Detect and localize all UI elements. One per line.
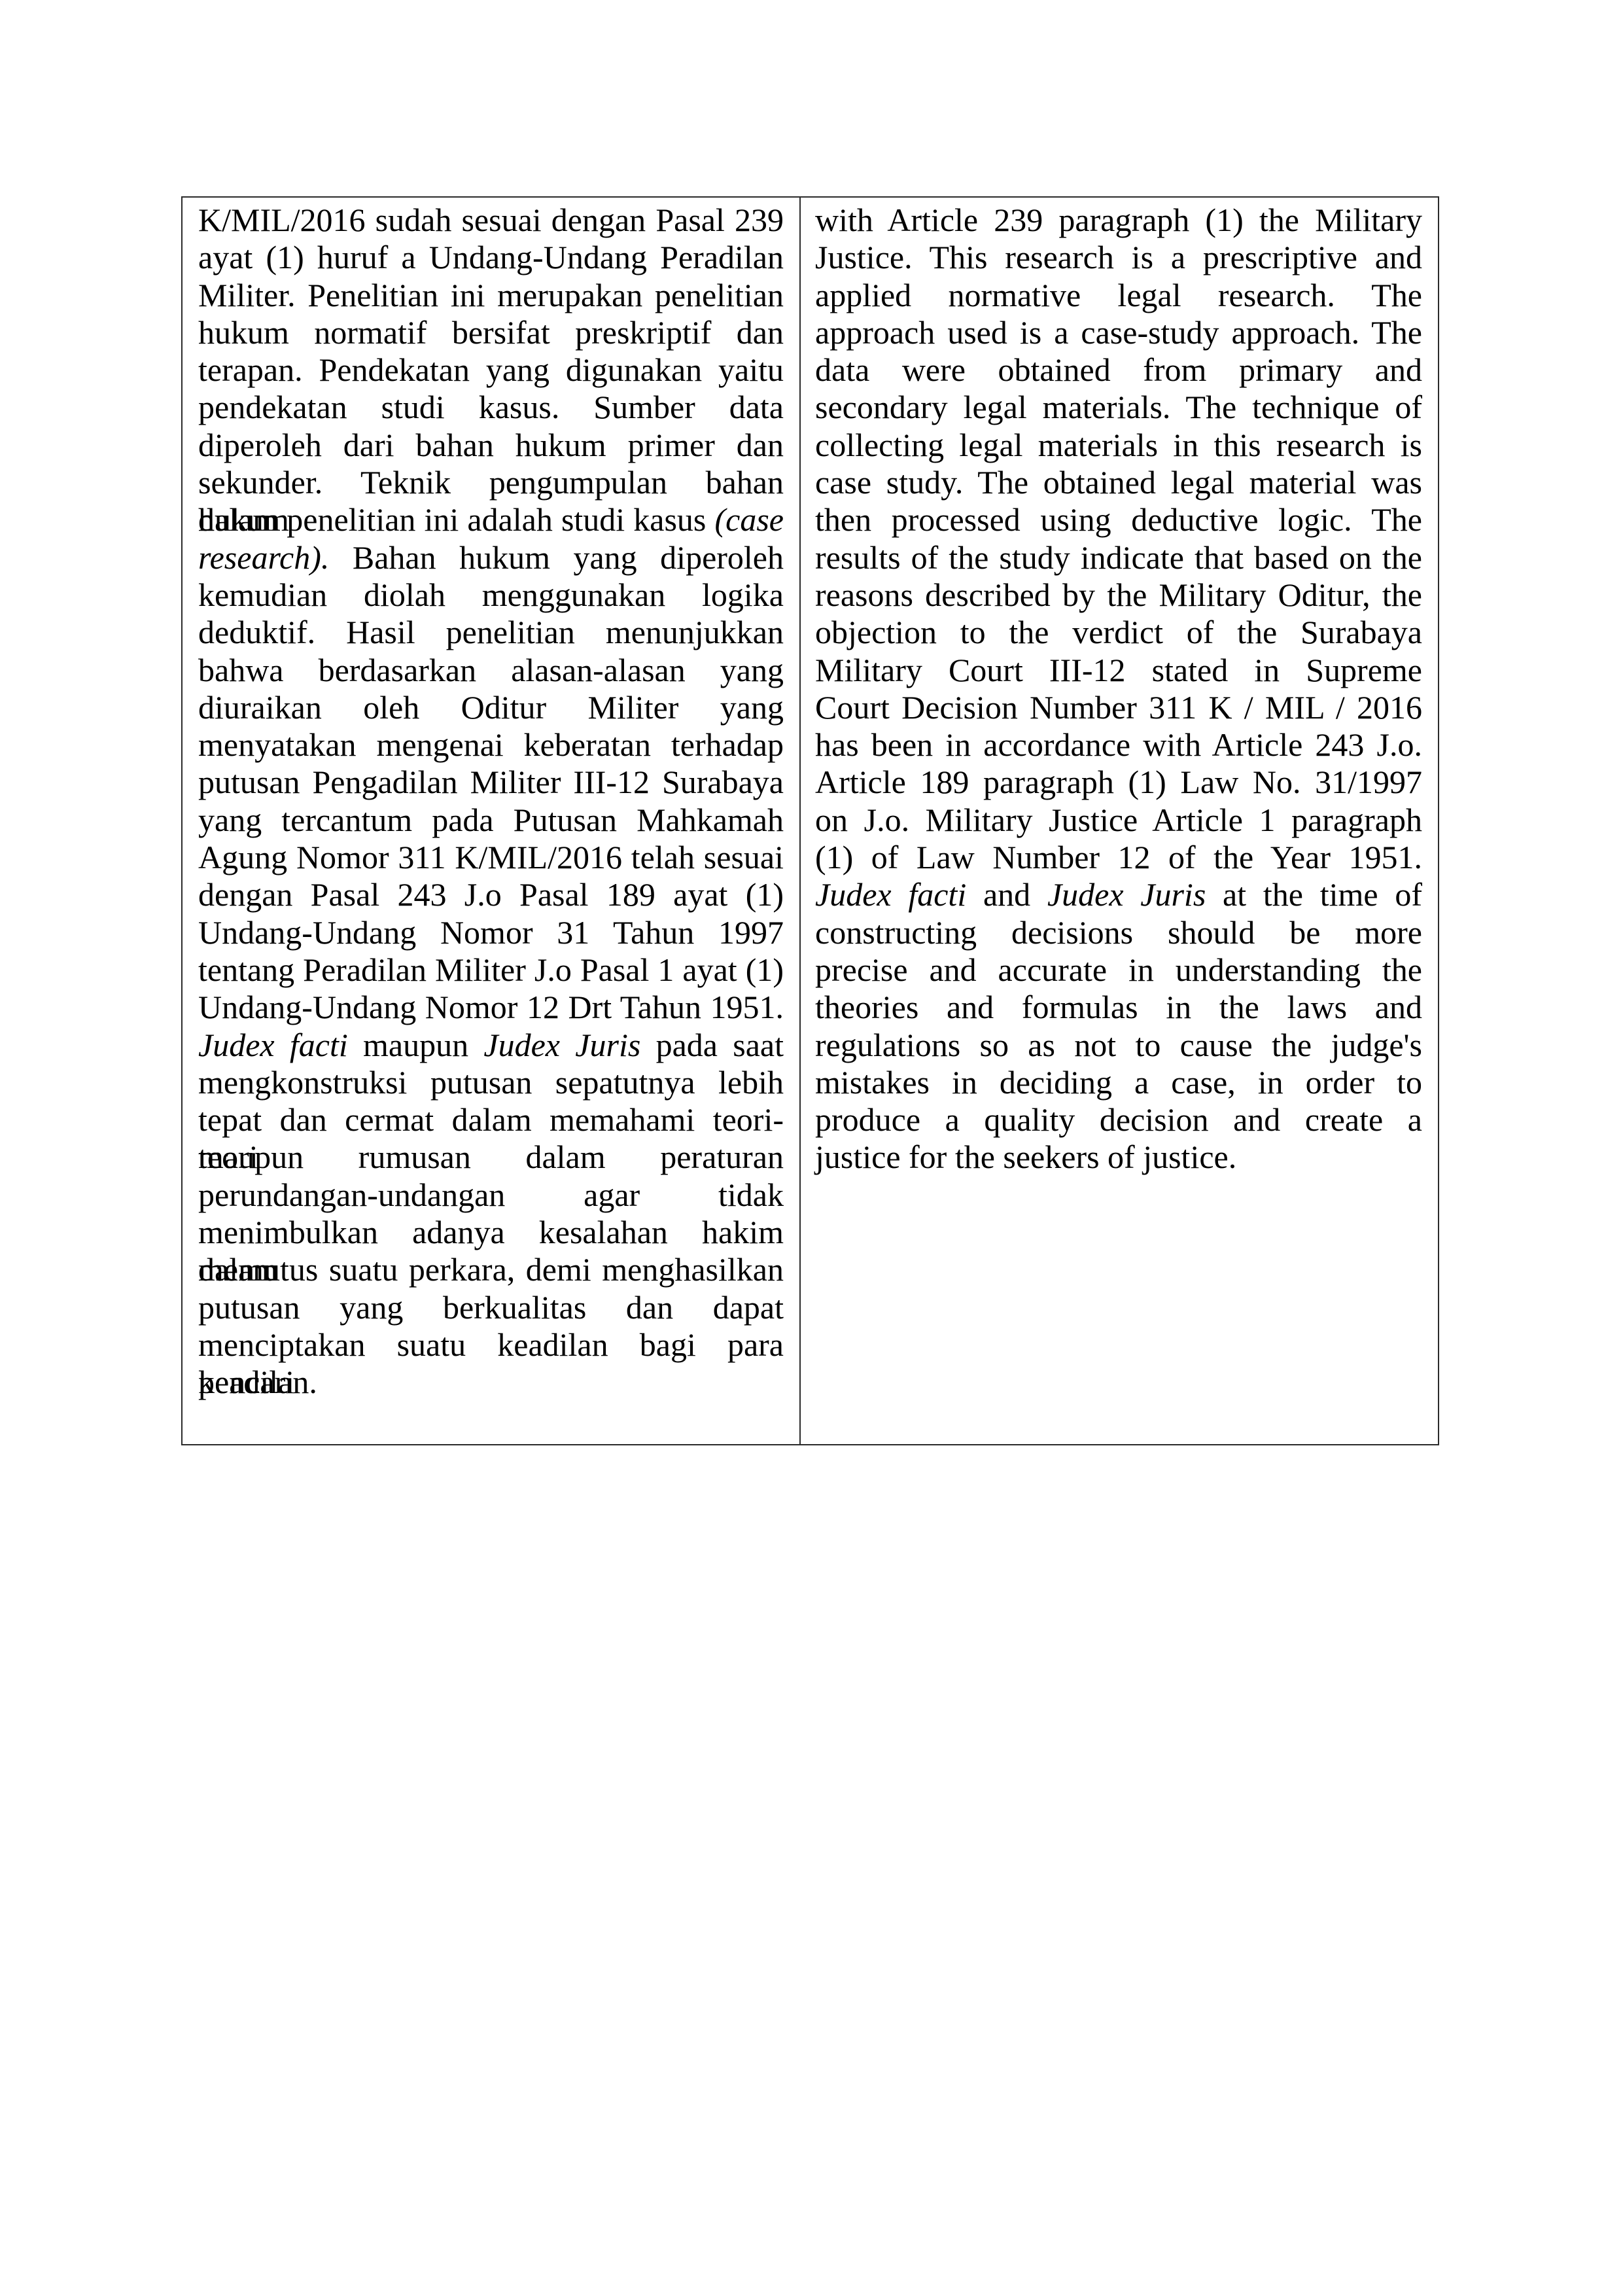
abstract-indonesian-cell: K/MIL/2016 sudah sesuai dengan Pasal 239… bbox=[183, 198, 801, 1444]
text-line: terapan. Pendekatan yang digunakan yaitu bbox=[198, 351, 784, 389]
text-run: perundangan-undangan agar tidak bbox=[198, 1176, 784, 1213]
text-line: Militer. Penelitian ini merupakan peneli… bbox=[198, 277, 784, 314]
text-run: Justice. This research is a prescriptive… bbox=[815, 239, 1422, 275]
text-run: Military Court III-12 stated in Supreme bbox=[815, 652, 1422, 688]
text-line: Undang-Undang Nomor 12 Drt Tahun 1951. bbox=[198, 989, 784, 1026]
text-line: diuraikan oleh Oditur Militer yang bbox=[198, 689, 784, 726]
text-run: menyatakan mengenai keberatan terhadap bbox=[198, 726, 784, 763]
text-run: approach used is a case-study approach. … bbox=[815, 314, 1422, 351]
text-run: regulations so as not to cause the judge… bbox=[815, 1027, 1422, 1063]
text-line: objection to the verdict of the Surabaya bbox=[815, 614, 1422, 651]
text-line: pendekatan studi kasus. Sumber data bbox=[198, 389, 784, 426]
text-line: regulations so as not to cause the judge… bbox=[815, 1027, 1422, 1064]
text-run: has been in accordance with Article 243 … bbox=[815, 726, 1422, 763]
text-line: hukum normatif bersifat preskriptif dan bbox=[198, 314, 784, 351]
text-run: results of the study indicate that based… bbox=[815, 539, 1422, 576]
text-run: tentang Peradilan Militer J.o Pasal 1 ay… bbox=[198, 951, 784, 988]
text-run: deduktif. Hasil penelitian menunjukkan bbox=[198, 614, 784, 650]
text-run: dalam penelitian ini adalah studi kasus bbox=[198, 501, 715, 538]
text-line: diperoleh dari bahan hukum primer dan bbox=[198, 427, 784, 464]
text-run: then processed using deductive logic. Th… bbox=[815, 501, 1422, 538]
text-run: mistakes in deciding a case, in order to bbox=[815, 1064, 1422, 1101]
italic-term: Judex facti bbox=[198, 1027, 348, 1063]
text-line: Judex facti and Judex Juris at the time … bbox=[815, 876, 1422, 913]
text-run: Court Decision Number 311 K / MIL / 2016 bbox=[815, 689, 1422, 726]
text-line: putusan Pengadilan Militer III-12 Suraba… bbox=[198, 764, 784, 801]
text-line: secondary legal materials. The technique… bbox=[815, 389, 1422, 426]
text-line: Undang-Undang Nomor 31 Tahun 1997 bbox=[198, 914, 784, 951]
text-line: menciptakan suatu keadilan bagi para pen… bbox=[198, 1326, 784, 1364]
text-run: and bbox=[966, 876, 1047, 913]
text-run: Article 189 paragraph (1) Law No. 31/199… bbox=[815, 764, 1422, 800]
text-run: diuraikan oleh Oditur Militer yang bbox=[198, 689, 784, 726]
text-line: menyatakan mengenai keberatan terhadap bbox=[198, 726, 784, 764]
text-run: kemudian diolah menggunakan logika bbox=[198, 576, 784, 613]
text-run: produce a quality decision and create a bbox=[815, 1101, 1422, 1138]
text-line: perundangan-undangan agar tidak bbox=[198, 1176, 784, 1214]
text-line: on J.o. Military Justice Article 1 parag… bbox=[815, 802, 1422, 839]
text-run: maupun rumusan dalam peraturan bbox=[198, 1139, 784, 1175]
text-run: at the time of bbox=[1206, 876, 1422, 913]
text-line: has been in accordance with Article 243 … bbox=[815, 726, 1422, 764]
text-run: (1) of Law Number 12 of the Year 1951. bbox=[815, 839, 1422, 875]
text-line: theories and formulas in the laws and bbox=[815, 989, 1422, 1026]
text-run: memutus suatu perkara, demi menghasilkan bbox=[198, 1251, 784, 1288]
text-line: bahwa berdasarkan alasan-alasan yang bbox=[198, 652, 784, 689]
abstract-english-cell: with Article 239 paragraph (1) the Milit… bbox=[801, 198, 1438, 1444]
italic-term: (case bbox=[715, 501, 784, 538]
text-run: terapan. Pendekatan yang digunakan yaitu bbox=[198, 351, 784, 388]
text-line: justice for the seekers of justice. bbox=[815, 1139, 1422, 1176]
text-line: yang tercantum pada Putusan Mahkamah bbox=[198, 802, 784, 839]
text-line: deduktif. Hasil penelitian menunjukkan bbox=[198, 614, 784, 651]
abstract-table: K/MIL/2016 sudah sesuai dengan Pasal 239… bbox=[181, 196, 1439, 1445]
text-run: bahwa berdasarkan alasan-alasan yang bbox=[198, 652, 784, 688]
text-run: putusan yang berkualitas dan dapat bbox=[198, 1289, 784, 1326]
text-run: diperoleh dari bahan hukum primer dan bbox=[198, 427, 784, 463]
text-run: ayat (1) huruf a Undang-Undang Peradilan bbox=[198, 239, 784, 275]
text-run: case study. The obtained legal material … bbox=[815, 464, 1422, 501]
text-line: approach used is a case-study approach. … bbox=[815, 314, 1422, 351]
text-line: data were obtained from primary and bbox=[815, 351, 1422, 389]
text-line: tepat dan cermat dalam memahami teori-te… bbox=[198, 1101, 784, 1139]
text-line: then processed using deductive logic. Th… bbox=[815, 501, 1422, 539]
text-line: putusan yang berkualitas dan dapat bbox=[198, 1289, 784, 1326]
text-line: sekunder. Teknik pengumpulan bahan hukum bbox=[198, 464, 784, 501]
text-run: Bahan hukum yang diperoleh bbox=[329, 539, 784, 576]
text-line: kemudian diolah menggunakan logika bbox=[198, 576, 784, 614]
text-run: objection to the verdict of the Surabaya bbox=[815, 614, 1422, 650]
text-run: Undang-Undang Nomor 31 Tahun 1997 bbox=[198, 914, 784, 951]
text-run: data were obtained from primary and bbox=[815, 351, 1422, 388]
text-line: Judex facti maupun Judex Juris pada saat bbox=[198, 1027, 784, 1064]
italic-term: Judex Juris bbox=[1047, 876, 1206, 913]
text-run: putusan Pengadilan Militer III-12 Suraba… bbox=[198, 764, 784, 800]
text-line: mistakes in deciding a case, in order to bbox=[815, 1064, 1422, 1101]
text-run: mengkonstruksi putusan sepatutnya lebih bbox=[198, 1064, 784, 1101]
text-run: with Article 239 paragraph (1) the Milit… bbox=[815, 202, 1422, 238]
text-run: keadilan. bbox=[198, 1364, 317, 1400]
text-run: reasons described by the Military Oditur… bbox=[815, 576, 1422, 613]
text-run: yang tercantum pada Putusan Mahkamah bbox=[198, 802, 784, 838]
text-run: pada saat bbox=[640, 1027, 784, 1063]
text-run: constructing decisions should be more bbox=[815, 914, 1422, 951]
text-line: Agung Nomor 311 K/MIL/2016 telah sesuai bbox=[198, 839, 784, 876]
text-line: mengkonstruksi putusan sepatutnya lebih bbox=[198, 1064, 784, 1101]
text-line: keadilan. bbox=[198, 1364, 784, 1401]
text-run: pendekatan studi kasus. Sumber data bbox=[198, 389, 784, 425]
text-line: applied normative legal research. The bbox=[815, 277, 1422, 314]
text-line: reasons described by the Military Oditur… bbox=[815, 576, 1422, 614]
text-line: maupun rumusan dalam peraturan bbox=[198, 1139, 784, 1176]
text-line: K/MIL/2016 sudah sesuai dengan Pasal 239 bbox=[198, 202, 784, 239]
text-line: results of the study indicate that based… bbox=[815, 539, 1422, 576]
text-line: Article 189 paragraph (1) Law No. 31/199… bbox=[815, 764, 1422, 801]
text-line: with Article 239 paragraph (1) the Milit… bbox=[815, 202, 1422, 239]
text-line: menimbulkan adanya kesalahan hakim dalam bbox=[198, 1214, 784, 1251]
text-line: Justice. This research is a prescriptive… bbox=[815, 239, 1422, 276]
text-run: maupun bbox=[348, 1027, 484, 1063]
text-run: K/MIL/2016 sudah sesuai dengan Pasal 239 bbox=[198, 202, 784, 238]
text-run: Militer. Penelitian ini merupakan peneli… bbox=[198, 277, 784, 313]
text-line: constructing decisions should be more bbox=[815, 914, 1422, 951]
text-line: dengan Pasal 243 J.o Pasal 189 ayat (1) bbox=[198, 876, 784, 913]
italic-term: research). bbox=[198, 539, 329, 576]
text-line: ayat (1) huruf a Undang-Undang Peradilan bbox=[198, 239, 784, 276]
text-run: secondary legal materials. The technique… bbox=[815, 389, 1422, 425]
text-line: research). Bahan hukum yang diperoleh bbox=[198, 539, 784, 576]
text-run: hukum normatif bersifat preskriptif dan bbox=[198, 314, 784, 351]
text-line: collecting legal materials in this resea… bbox=[815, 427, 1422, 464]
text-run: on J.o. Military Justice Article 1 parag… bbox=[815, 802, 1422, 838]
text-run: Agung Nomor 311 K/MIL/2016 telah sesuai bbox=[198, 839, 784, 875]
text-line: precise and accurate in understanding th… bbox=[815, 951, 1422, 989]
text-line: (1) of Law Number 12 of the Year 1951. bbox=[815, 839, 1422, 876]
text-line: tentang Peradilan Militer J.o Pasal 1 ay… bbox=[198, 951, 784, 989]
text-run: justice for the seekers of justice. bbox=[815, 1139, 1236, 1175]
text-line: Court Decision Number 311 K / MIL / 2016 bbox=[815, 689, 1422, 726]
text-line: produce a quality decision and create a bbox=[815, 1101, 1422, 1139]
text-line: case study. The obtained legal material … bbox=[815, 464, 1422, 501]
text-line: memutus suatu perkara, demi menghasilkan bbox=[198, 1251, 784, 1288]
text-run: dengan Pasal 243 J.o Pasal 189 ayat (1) bbox=[198, 876, 784, 913]
italic-term: Judex Juris bbox=[483, 1027, 640, 1063]
italic-term: Judex facti bbox=[815, 876, 966, 913]
text-run: collecting legal materials in this resea… bbox=[815, 427, 1422, 463]
text-run: precise and accurate in understanding th… bbox=[815, 951, 1422, 988]
text-run: theories and formulas in the laws and bbox=[815, 989, 1422, 1025]
text-run: Undang-Undang Nomor 12 Drt Tahun 1951. bbox=[198, 989, 784, 1025]
text-run: applied normative legal research. The bbox=[815, 277, 1422, 313]
text-line: dalam penelitian ini adalah studi kasus … bbox=[198, 501, 784, 539]
text-line: Military Court III-12 stated in Supreme bbox=[815, 652, 1422, 689]
